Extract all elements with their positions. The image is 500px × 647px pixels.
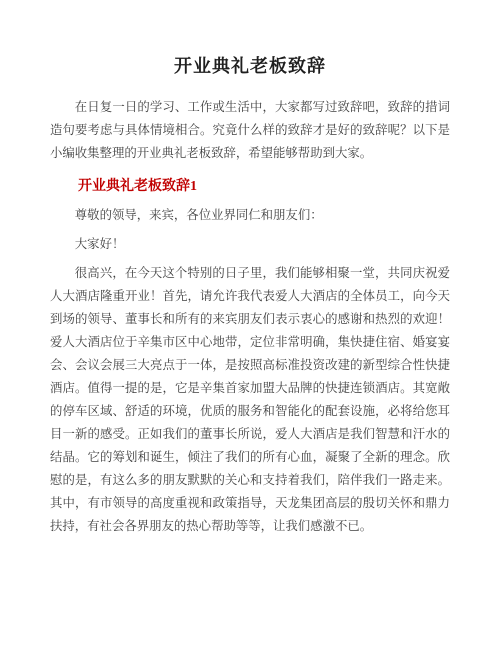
body-paragraph: 很高兴，在今天这个特别的日子里，我们能够相聚一堂，共同庆祝爱人大酒店隆重开业！首… — [50, 262, 450, 538]
document-title: 开业典礼老板致辞 — [50, 50, 450, 82]
intro-paragraph: 在日复一日的学习、工作或生活中，大家都写过致辞吧，致辞的措词造句要考虑与具体情境… — [50, 96, 450, 165]
document-page: 开业典礼老板致辞 在日复一日的学习、工作或生活中，大家都写过致辞吧，致辞的措词造… — [0, 0, 500, 647]
greeting-paragraph: 大家好！ — [50, 233, 450, 256]
salutation-paragraph: 尊敬的领导，来宾，各位业界同仁和朋友们： — [50, 204, 450, 227]
section-heading: 开业典礼老板致辞1 — [50, 175, 450, 198]
